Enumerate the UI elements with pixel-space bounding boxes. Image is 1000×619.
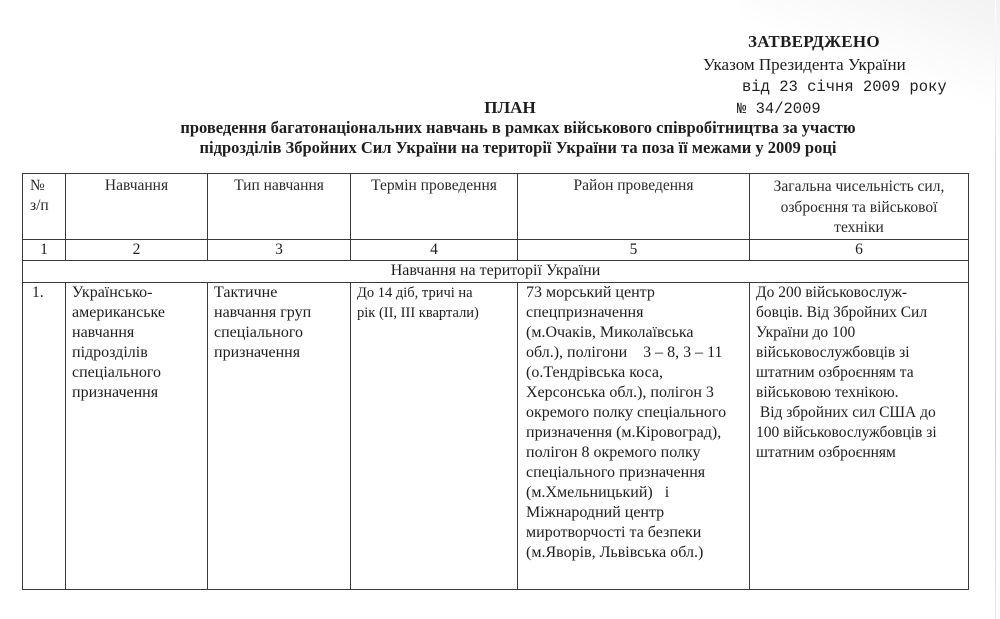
decree-label: Указом Президента України: [703, 55, 906, 75]
column-number: 4: [351, 239, 518, 260]
plan-subtitle: проведення багатонаціональних навчань в …: [0, 118, 1000, 158]
cell-text-line: навчання: [72, 323, 201, 343]
table-header-row: № з/п Навчання Тип навчання Термін прове…: [23, 174, 969, 240]
cell-text-line: спеціального призначення: [526, 463, 743, 483]
section-title: Навчання на території України: [23, 260, 969, 282]
scan-edge-line: [995, 0, 996, 619]
cell-text-line: окремого полку спеціального: [526, 403, 743, 423]
plan-title: ПЛАН: [0, 98, 1000, 118]
subtitle-line: підрозділів Збройних Сил України на тери…: [36, 138, 1000, 158]
exercise-cell: Українсько-американськенавчанняпідрозділ…: [66, 282, 208, 589]
cell-text-line: Міжнародний центр: [526, 503, 743, 523]
cell-text-line: 73 морський центр: [526, 283, 743, 303]
header-index: № з/п: [23, 174, 66, 240]
cell-text-line: (о.Тендрівська коса,: [526, 363, 743, 383]
cell-text-line: Українсько-: [72, 283, 201, 303]
cell-text-line: (м.Яворів, Львівська обл.): [526, 543, 743, 563]
cell-text-line: (м.Хмельницький) і: [526, 483, 743, 503]
column-number: 1: [23, 239, 66, 260]
cell-text-line: До 14 діб, тричі на: [357, 283, 511, 303]
cell-text-line: України до 100: [756, 323, 962, 343]
cell-text-line: До 200 військовослуж-: [756, 283, 962, 303]
approved-label: ЗАТВЕРДЖЕНО: [748, 32, 880, 52]
column-number: 3: [208, 239, 351, 260]
cell-text-line: бовців. Від Збройних Сил: [756, 303, 962, 323]
header-type: Тип навчання: [208, 174, 351, 240]
cell-text-line: Тактичне: [214, 283, 344, 303]
type-cell: Тактичненавчання групспеціальногопризнач…: [208, 282, 351, 589]
cell-text-line: військовою технікою.: [756, 383, 962, 403]
cell-text-line: Херсонська обл.), полігон 3: [526, 383, 743, 403]
cell-text-line: 100 військовослужбовців зі: [756, 423, 962, 443]
cell-text-line: призначення (м.Кіровоград),: [526, 423, 743, 443]
table-row: 1. Українсько-американськенавчанняпідроз…: [23, 282, 969, 589]
section-row: Навчання на території України: [23, 260, 969, 282]
row-index: 1.: [23, 282, 66, 589]
cell-text-line: навчання груп: [214, 303, 344, 323]
cell-text-line: призначення: [72, 383, 201, 403]
decree-date: від 23 січня 2009 року: [742, 78, 947, 96]
term-cell: До 14 діб, тричі нарік (ІІ, ІІІ квартали…: [351, 282, 518, 589]
subtitle-line: проведення багатонаціональних навчань в …: [36, 118, 1000, 138]
column-number: 2: [66, 239, 208, 260]
header-exercise: Навчання: [66, 174, 208, 240]
cell-text-line: обл.), полігони 3 – 8, 3 – 11: [526, 343, 743, 363]
location-cell: 73 морський центрспецпризначення(м.Очакі…: [518, 282, 750, 589]
cell-text-line: (м.Очаків, Миколаївська: [526, 323, 743, 343]
cell-text-line: призначення: [214, 343, 344, 363]
cell-text-line: військовослужбовців зі: [756, 343, 962, 363]
column-number-row: 1 2 3 4 5 6: [23, 239, 969, 260]
header-forces: Загальна чисельність сил, озброєння та в…: [750, 174, 969, 240]
cell-text-line: Від збройних сил США до: [756, 403, 962, 423]
document-page: ЗАТВЕРДЖЕНО Указом Президента України ві…: [0, 0, 1000, 619]
cell-text-line: штатним озброєнням: [756, 443, 962, 463]
cell-text-line: штатним озброєнням та: [756, 363, 962, 383]
cell-text-line: спецпризначення: [526, 303, 743, 323]
column-number: 6: [750, 239, 969, 260]
cell-text-line: миротворчості та безпеки: [526, 523, 743, 543]
header-term: Термін проведення: [351, 174, 518, 240]
cell-text-line: спеціального: [72, 363, 201, 383]
plan-table: № з/п Навчання Тип навчання Термін прове…: [22, 173, 969, 590]
cell-text-line: підрозділів: [72, 343, 201, 363]
cell-text-line: американське: [72, 303, 201, 323]
cell-text-line: полігон 8 окремого полку: [526, 443, 743, 463]
cell-text-line: спеціального: [214, 323, 344, 343]
forces-cell: До 200 військовослуж-бовців. Від Збройни…: [750, 282, 969, 589]
column-number: 5: [518, 239, 750, 260]
cell-text-line: рік (ІІ, ІІІ квартали): [357, 303, 511, 323]
header-location: Район проведення: [518, 174, 750, 240]
